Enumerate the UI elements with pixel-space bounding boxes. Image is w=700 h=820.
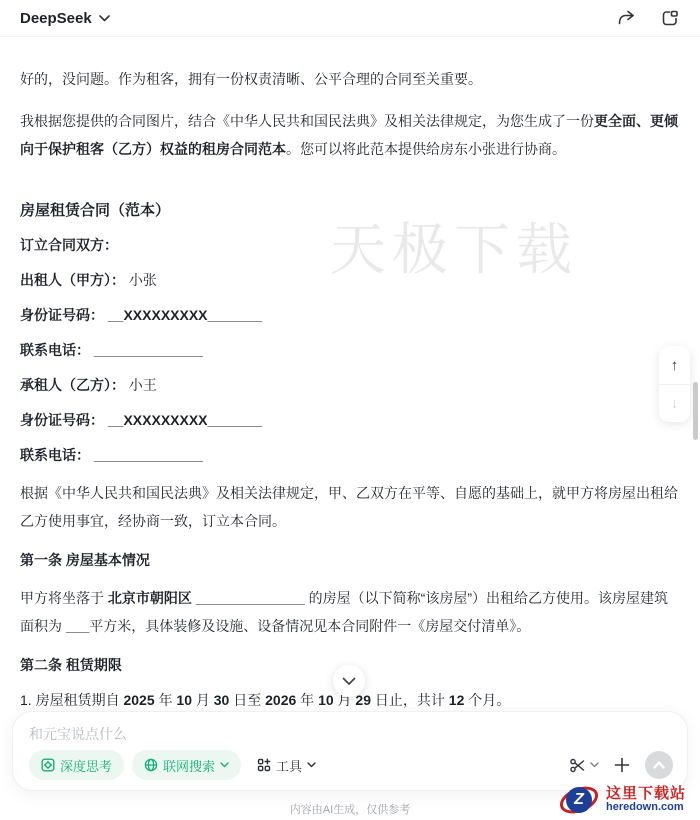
tools-label: 工具 [276,756,302,775]
add-attachment-button[interactable] [613,756,631,774]
contract-article1-body: 甲方将坐落于 北京市朝阳区 ______________ 的房屋（以下简称“该房… [20,584,680,640]
composer-right-actions [569,751,673,779]
site-watermark-badge: Z 这里下载站 heredown.com [556,780,698,820]
contract-lessor-id-line: 身份证号码： __XXXXXXXXX_______ [20,304,680,326]
deep-think-icon [41,758,55,772]
arrow-up-icon: ↑ [671,357,679,374]
contract-lessee-line: 承租人（乙方）： 小王 [20,374,680,396]
web-search-label: 联网搜索 [163,756,215,775]
model-selector[interactable]: DeepSeek [20,10,110,27]
header: DeepSeek [0,0,700,37]
contract-lessee-id-line: 身份证号码： __XXXXXXXXX_______ [20,409,680,431]
clip-tool-button[interactable] [569,757,599,774]
contract-lessor-phone-line: 联系电话： ______________ [20,339,680,361]
chevron-down-icon [342,677,356,686]
contract-parties-label: 订立合同双方： [20,234,680,256]
scissors-icon [569,757,586,774]
chevron-down-icon [590,762,599,768]
contract-lessee-phone-line: 联系电话： ______________ [20,444,680,466]
heredown-logo-icon: Z [556,781,600,819]
send-button[interactable] [645,751,673,779]
share-icon [616,8,636,28]
site-domain: heredown.com [606,802,686,814]
contract-preamble: 根据《中华人民共和国民法典》及相关法律规定，甲、乙双方在平等、自愿的基础上，就甲… [20,479,680,535]
chevron-down-icon [220,762,229,768]
contract-lessor-line: 出租人（甲方）： 小张 [20,269,680,291]
share-button[interactable] [616,8,636,28]
new-window-button[interactable] [660,8,680,28]
composer: 深度思考 联网搜索 [12,711,688,791]
scroll-to-bottom-button[interactable] [333,665,365,697]
model-title: DeepSeek [20,10,92,27]
arrow-up-send-icon [652,760,666,770]
apps-grid-icon [257,758,271,772]
message-paragraph: 好的，没问题。作为租客，拥有一份权责清晰、公平合理的合同至关重要。 [20,65,680,93]
globe-icon [144,758,158,772]
chevron-down-icon [99,15,110,22]
message-paragraph: 我根据您提供的合同图片，结合《中华人民共和国民法典》及相关法律规定，为您生成了一… [20,107,680,163]
tools-menu-button[interactable]: 工具 [249,750,324,780]
chevron-down-icon [307,762,316,768]
scroll-up-button[interactable]: ↑ [659,346,690,384]
contract-title: 房屋租赁合同（范本） [20,199,680,220]
logo-globe: Z [566,787,592,813]
web-search-toggle[interactable]: 联网搜索 [132,750,241,780]
new-window-icon [660,8,680,28]
header-actions [616,8,680,28]
deep-think-toggle[interactable]: 深度思考 [29,750,124,780]
scrollbar-thumb[interactable] [693,382,698,440]
composer-toolbar: 深度思考 联网搜索 [29,750,673,780]
site-badge-text: 这里下载站 heredown.com [606,786,686,813]
message-input[interactable] [29,726,673,742]
assistant-message: 好的，没问题。作为租客，拥有一份权责清晰、公平合理的合同至关重要。 我根据您提供… [0,37,700,747]
scroll-down-button[interactable]: ↓ [659,384,690,422]
page-scroll-widget: ↑ ↓ [659,346,690,422]
plus-icon [613,756,631,774]
arrow-down-icon: ↓ [671,395,679,412]
deep-think-label: 深度思考 [60,756,112,775]
site-name: 这里下载站 [606,786,686,802]
contract-article1-heading: 第一条 房屋基本情况 [20,549,680,571]
